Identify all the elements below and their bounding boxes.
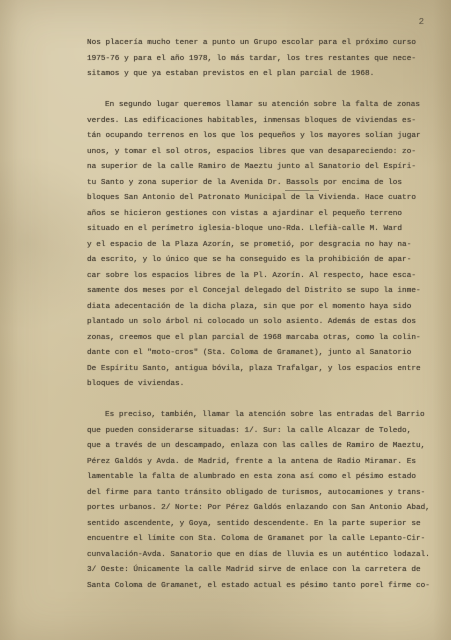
text-line: da escrito, y lo único que se ha consegu… xyxy=(87,253,429,269)
text-line: Pérez Galdós y Avda. de Madrid, frente a… xyxy=(87,455,429,471)
text-line: que a través de un descampado, enlaza co… xyxy=(87,439,429,455)
text-line: que pueden considerarse situadas: 1/. Su… xyxy=(87,424,429,440)
text-line: bloques San Antonio del Patronato Munici… xyxy=(87,191,429,207)
text-line: encuentre el límite con Sta. Coloma de G… xyxy=(87,532,429,548)
text-line: samente dos meses por el Concejal delega… xyxy=(87,284,429,300)
scanned-page: 2 Nos placería mucho tener a punto un Gr… xyxy=(0,0,451,640)
text-line: Santa Coloma de Gramanet, el estado actu… xyxy=(87,579,429,595)
text-line: lamentable la falta de alumbrado en esta… xyxy=(87,470,429,486)
text-line: zonas, creemos que el plan parcial de 19… xyxy=(87,331,429,347)
text-line: cunvalación-Avda. Sanatorio que en días … xyxy=(87,548,429,564)
paragraph: En segundo lugar queremos llamar su aten… xyxy=(87,98,429,393)
page-number: 2 xyxy=(419,17,424,27)
text-line: 3/ Oeste: Únicamente la calle Madrid sir… xyxy=(87,563,429,579)
text-line: unos, y tomar el sol otros, espacios lib… xyxy=(87,145,429,161)
text-line: na superior de la calle Ramiro de Maeztu… xyxy=(87,160,429,176)
text-line: y el espacio de la Plaza Azorín, se prom… xyxy=(87,238,429,254)
paragraph: Nos placería mucho tener a punto un Grup… xyxy=(87,36,429,83)
text-line: situado en el perímetro iglesia-bloque u… xyxy=(87,222,429,238)
text-line: 1975-76 y para el año 1978, lo más tarda… xyxy=(87,52,429,68)
underline-mark xyxy=(285,190,319,191)
text-line: portes urbanos. 2/ Norte: Por Pérez Gald… xyxy=(87,501,429,517)
text-line: años se hicieron gestiones con vistas a … xyxy=(87,207,429,223)
text-line: dante con el "moto-cros" (Sta. Coloma de… xyxy=(87,346,429,362)
text-line: Es preciso, también, llamar la atención … xyxy=(87,408,429,424)
text-line: tu Santo y zona superior de la Avenida D… xyxy=(87,176,429,192)
text-line: plantado un solo árbol ni colocado un so… xyxy=(87,315,429,331)
paragraph: Es preciso, también, llamar la atención … xyxy=(87,408,429,594)
text-line: Nos placería mucho tener a punto un Grup… xyxy=(87,36,429,52)
text-line: En segundo lugar queremos llamar su aten… xyxy=(87,98,429,114)
text-line: bloques de viviendas. xyxy=(87,377,429,393)
document-text: Nos placería mucho tener a punto un Grup… xyxy=(87,36,429,594)
text-line: verdes. Las edificaciones habitables, in… xyxy=(87,114,429,130)
text-line: tán ocupando terrenos en los que los peq… xyxy=(87,129,429,145)
text-line: sentido ascendente, y Goya, sentido desc… xyxy=(87,517,429,533)
text-line: del firme para tanto tránsito obligado d… xyxy=(87,486,429,502)
text-line: diata adecentación de la dicha plaza, si… xyxy=(87,300,429,316)
text-line: De Espíritu Santo, antigua bóvila, plaza… xyxy=(87,362,429,378)
text-line: sitamos y que ya estaban previstos en el… xyxy=(87,67,429,83)
text-line: car sobre los espacios libres de la Pl. … xyxy=(87,269,429,285)
